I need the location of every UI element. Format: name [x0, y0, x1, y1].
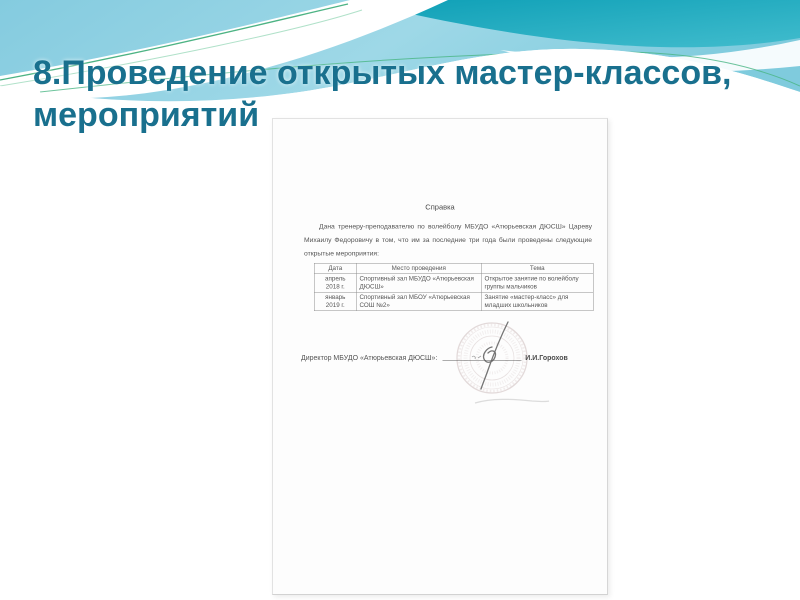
column-header-topic: Тема — [481, 263, 593, 274]
signature-name: И.И.Горохов — [525, 354, 568, 362]
table-header-row: Дата Место проведения Тема — [314, 263, 593, 274]
events-table: Дата Место проведения Тема апрель 2018 г… — [314, 263, 594, 311]
table-row: апрель 2018 г. Спортивный зал МБУДО «Атю… — [314, 274, 593, 293]
cell-topic: Открытое занятие по волейболу группы мал… — [481, 274, 593, 293]
column-header-place: Место проведения — [356, 263, 481, 274]
scanned-document: Справка Дана тренеру-преподавателю по во… — [272, 118, 608, 595]
signature-row: Директор МБУДО «Атюрьевская ДЮСШ»: И.И.Г… — [301, 353, 607, 362]
scan-artifact — [472, 395, 552, 407]
cell-place: Спортивный зал МБОУ «Атюрьевская СОШ №2» — [356, 292, 481, 311]
document-heading: Справка — [273, 203, 607, 212]
signature-label: Директор МБУДО «Атюрьевская ДЮСШ»: — [301, 354, 437, 362]
slide-title-line-1: 8.Проведение открытых мастер-классов, — [33, 52, 731, 94]
table-row: январь 2019 г. Спортивный зал МБОУ «Атюр… — [314, 292, 593, 311]
column-header-date: Дата — [314, 263, 356, 274]
cell-date: январь 2019 г. — [314, 292, 356, 311]
cell-place: Спортивный зал МБУДО «Атюрьевская ДЮСШ» — [356, 274, 481, 293]
cell-topic: Занятие «мастер-класс» для младших школь… — [481, 292, 593, 311]
signature-line — [442, 353, 521, 361]
cell-date: апрель 2018 г. — [314, 274, 356, 293]
document-intro-paragraph: Дана тренеру-преподавателю по волейболу … — [304, 220, 592, 261]
presentation-slide: 8.Проведение открытых мастер-классов, ме… — [0, 0, 800, 600]
